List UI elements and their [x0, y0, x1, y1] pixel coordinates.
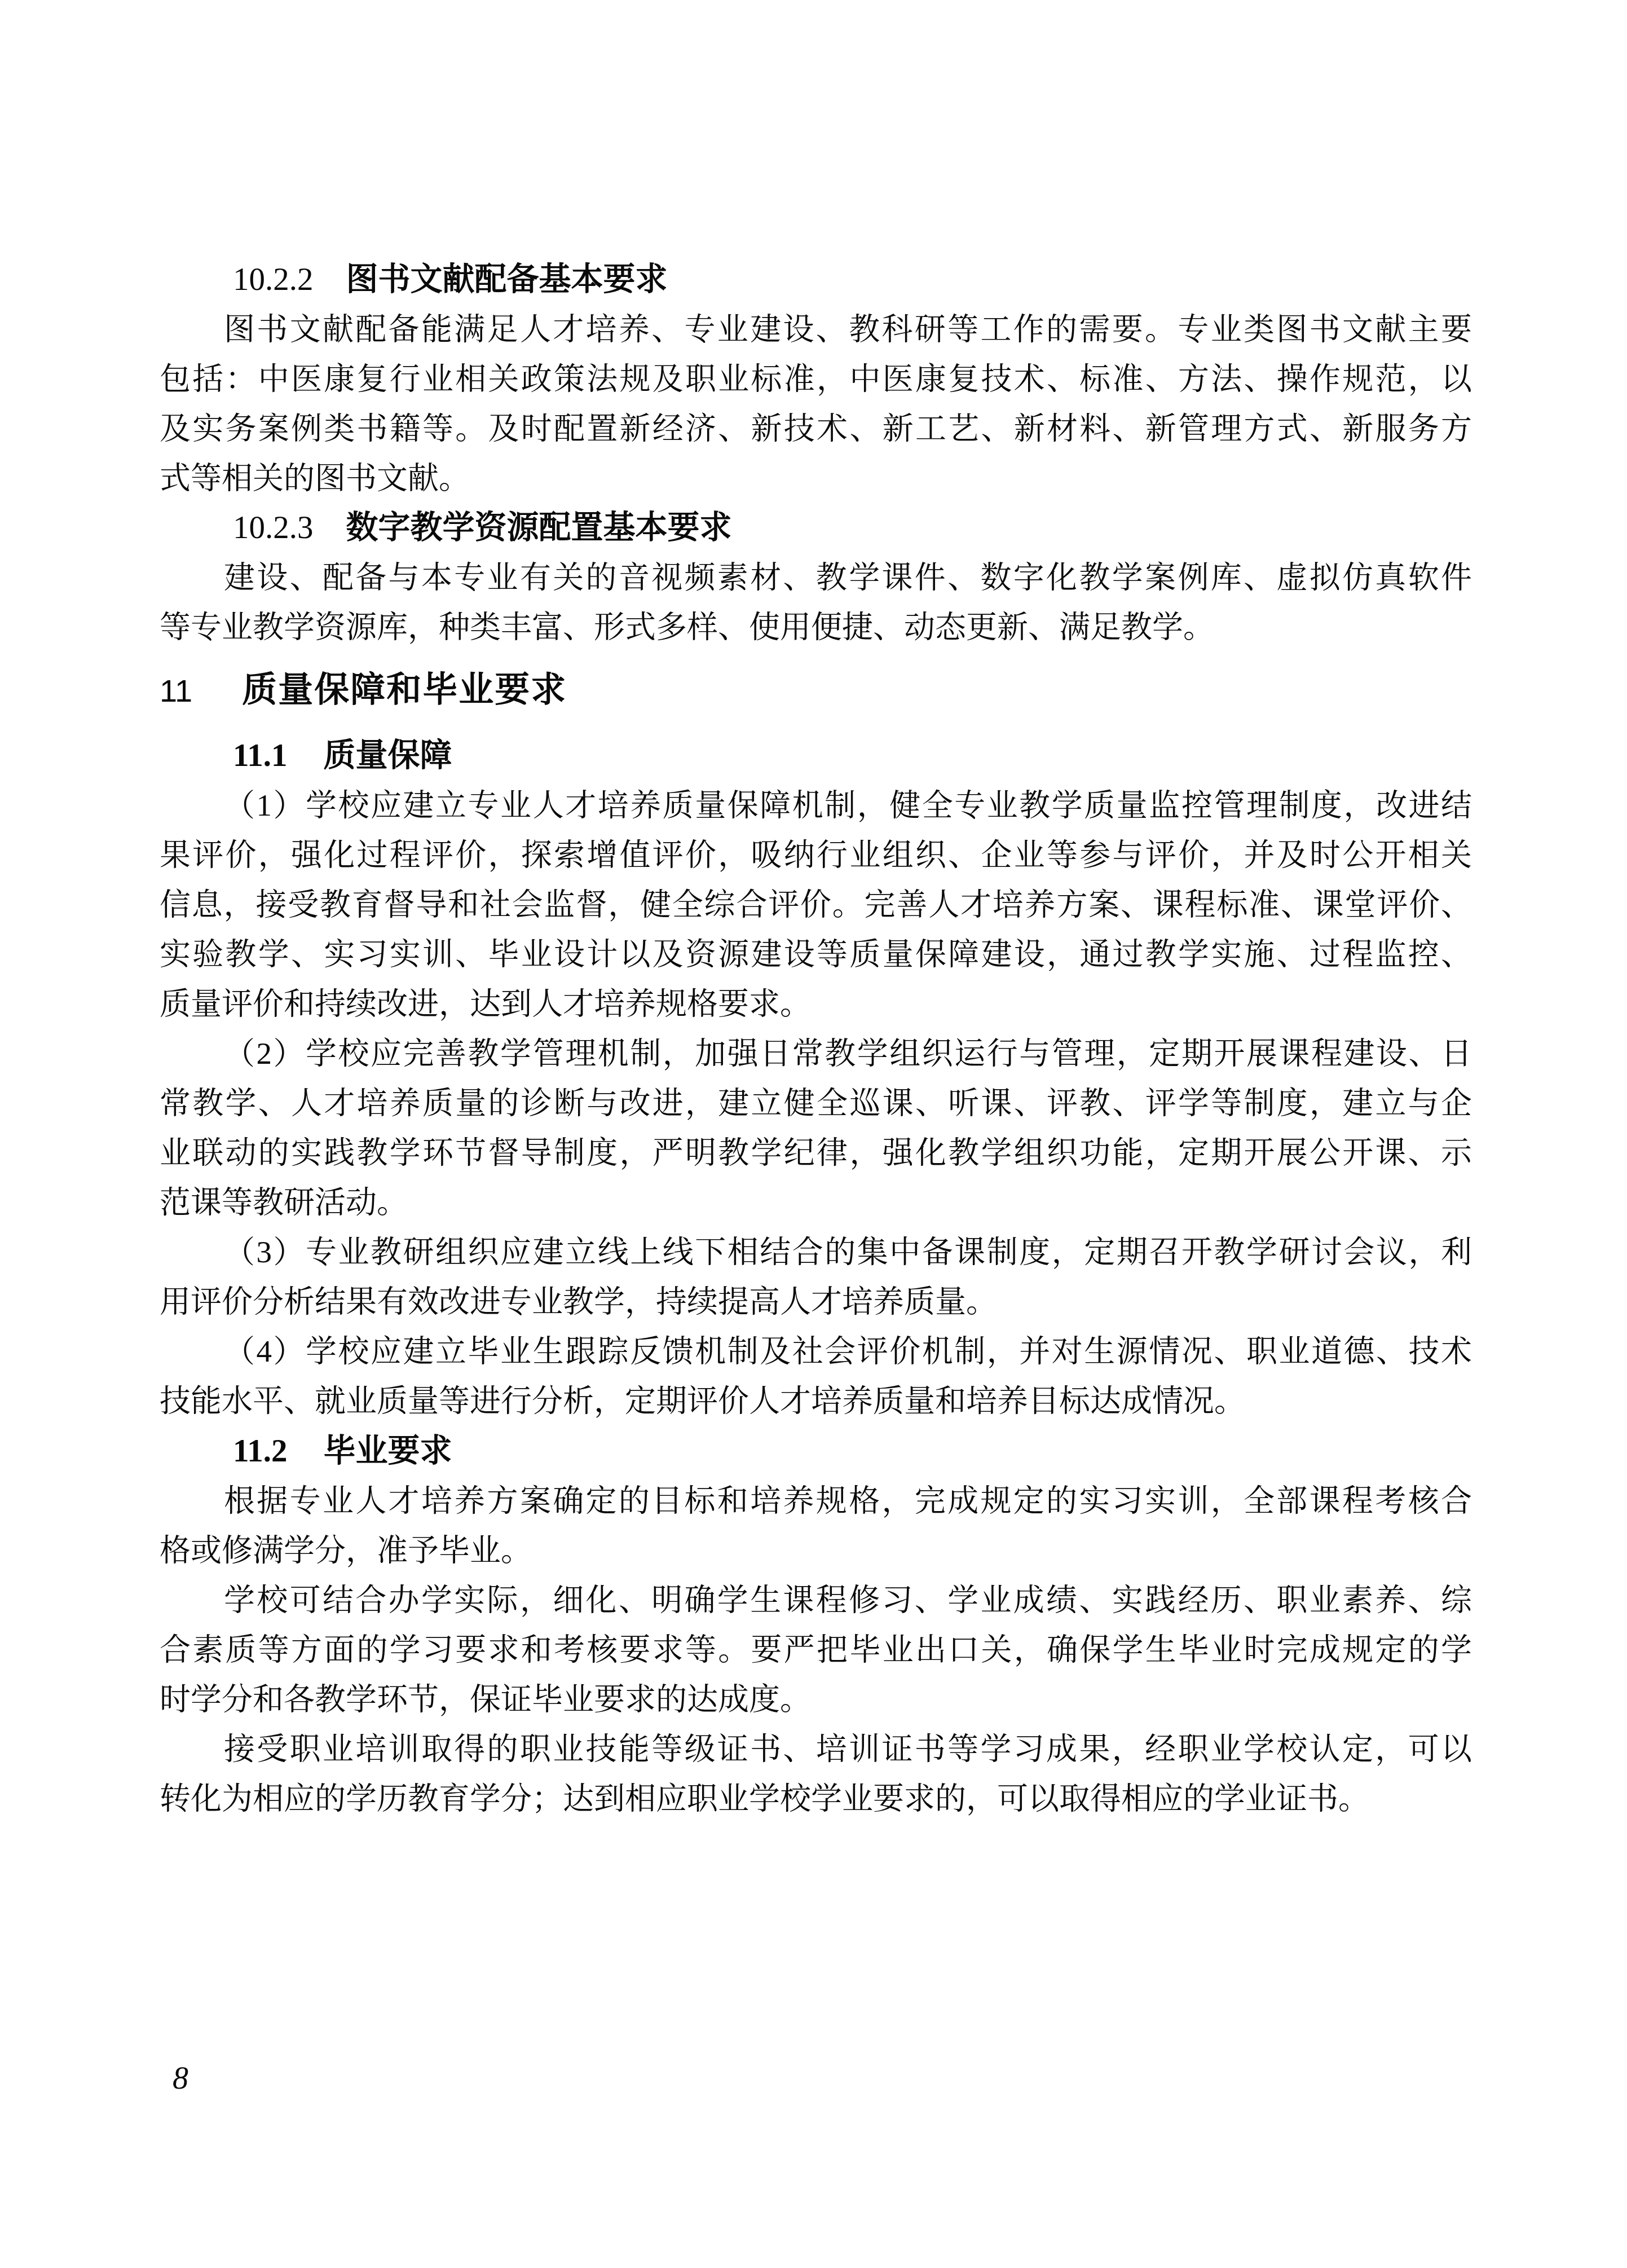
text-line: （4）学校应建立毕业生跟踪反馈机制及社会评价机制，并对生源情况、职业道德、技术: [160, 1327, 1472, 1376]
text-line: （2）学校应完善教学管理机制，加强日常教学组织运行与管理，定期开展课程建设、日: [160, 1029, 1472, 1078]
text-line: 业联动的实践教学环节督导制度，严明教学纪律，强化教学组织功能，定期开展公开课、示: [160, 1128, 1472, 1178]
paragraph-graduation-2: 学校可结合办学实际，细化、明确学生课程修习、学业成绩、实践经历、职业素养、综 合…: [160, 1575, 1472, 1724]
text-line: 信息，接受教育督导和社会监督，健全综合评价。完善人才培养方案、课程标准、课堂评价…: [160, 880, 1472, 930]
paragraph-graduation-3: 接受职业培训取得的职业技能等级证书、培训证书等学习成果，经职业学校认定，可以 转…: [160, 1724, 1472, 1824]
text-line: 包括：中医康复行业相关政策法规及职业标准，中医康复技术、标准、方法、操作规范，以: [160, 354, 1472, 404]
text-line: 接受职业培训取得的职业技能等级证书、培训证书等学习成果，经职业学校认定，可以: [160, 1724, 1472, 1774]
paragraph-quality-1: （1）学校应建立专业人才培养质量保障机制，健全专业教学质量监控管理制度，改进结 …: [160, 781, 1472, 1029]
text-line: 质量评价和持续改进，达到人才培养规格要求。: [160, 979, 1472, 1029]
paragraph-digital-resources: 建设、配备与本专业有关的音视频素材、教学课件、数字化教学案例库、虚拟仿真软件 等…: [160, 553, 1472, 652]
section-number: 10.2.2: [233, 262, 314, 297]
text-line: 式等相关的图书文献。: [160, 453, 1472, 503]
section-heading-11-2: 11.2毕业要求: [160, 1426, 1472, 1476]
section-heading-10-2-2: 10.2.2图书文献配备基本要求: [160, 255, 1472, 305]
text-line: 技能水平、就业质量等进行分析，定期评价人才培养质量和培养目标达成情况。: [160, 1376, 1472, 1426]
document-page: 10.2.2图书文献配备基本要求 图书文献配备能满足人才培养、专业建设、教科研等…: [0, 0, 1627, 2268]
paragraph-graduation-1: 根据专业人才培养方案确定的目标和培养规格，完成规定的实习实训，全部课程考核合 格…: [160, 1476, 1472, 1575]
text-line: 果评价，强化过程评价，探索增值评价，吸纳行业组织、企业等参与评价，并及时公开相关: [160, 830, 1472, 880]
text-line: 等专业教学资源库，种类丰富、形式多样、使用便捷、动态更新、满足教学。: [160, 602, 1472, 652]
text-line: 转化为相应的学历教育学分；达到相应职业学校学业要求的，可以取得相应的学业证书。: [160, 1774, 1472, 1824]
section-title: 质量保障: [324, 737, 452, 773]
text-line: 合素质等方面的学习要求和考核要求等。要严把毕业出口关，确保学生毕业时完成规定的学: [160, 1625, 1472, 1675]
text-line: 范课等教研活动。: [160, 1178, 1472, 1227]
chapter-number: 11: [160, 673, 192, 708]
paragraph-library-resources: 图书文献配备能满足人才培养、专业建设、教科研等工作的需要。专业类图书文献主要 包…: [160, 305, 1472, 503]
chapter-heading-11: 11质量保障和毕业要求: [160, 666, 1472, 716]
text-line: 时学分和各教学环节，保证毕业要求的达成度。: [160, 1675, 1472, 1724]
text-line: 常教学、人才培养质量的诊断与改进，建立健全巡课、听课、评教、评学等制度，建立与企: [160, 1078, 1472, 1128]
chapter-title: 质量保障和毕业要求: [242, 671, 567, 710]
text-line: （1）学校应建立专业人才培养质量保障机制，健全专业教学质量监控管理制度，改进结: [160, 781, 1472, 830]
text-line: 及实务案例类书籍等。及时配置新经济、新技术、新工艺、新材料、新管理方式、新服务方: [160, 404, 1472, 453]
section-heading-11-1: 11.1质量保障: [160, 730, 1472, 781]
text-line: （3）专业教研组织应建立线上线下相结合的集中备课制度，定期召开教学研讨会议，利: [160, 1227, 1472, 1277]
section-title: 毕业要求: [324, 1433, 452, 1469]
text-line: 学校可结合办学实际，细化、明确学生课程修习、学业成绩、实践经历、职业素养、综: [160, 1575, 1472, 1625]
text-line: 根据专业人才培养方案确定的目标和培养规格，完成规定的实习实训，全部课程考核合: [160, 1476, 1472, 1526]
text-line: 用评价分析结果有效改进专业教学，持续提高人才培养质量。: [160, 1277, 1472, 1327]
section-title: 图书文献配备基本要求: [346, 262, 668, 297]
section-number: 11.1: [233, 738, 288, 773]
page-number: 8: [173, 2062, 188, 2095]
section-heading-10-2-3: 10.2.3数字教学资源配置基本要求: [160, 503, 1472, 553]
text-line: 实验教学、实习实训、毕业设计以及资源建设等质量保障建设，通过教学实施、过程监控、: [160, 930, 1472, 979]
paragraph-quality-2: （2）学校应完善教学管理机制，加强日常教学组织运行与管理，定期开展课程建设、日 …: [160, 1029, 1472, 1227]
section-title: 数字教学资源配置基本要求: [346, 510, 732, 545]
paragraph-quality-4: （4）学校应建立毕业生跟踪反馈机制及社会评价机制，并对生源情况、职业道德、技术 …: [160, 1327, 1472, 1426]
section-number: 10.2.3: [233, 510, 314, 545]
section-number: 11.2: [233, 1433, 288, 1469]
paragraph-quality-3: （3）专业教研组织应建立线上线下相结合的集中备课制度，定期召开教学研讨会议，利 …: [160, 1227, 1472, 1327]
text-line: 格或修满学分，准予毕业。: [160, 1526, 1472, 1575]
page-content: 10.2.2图书文献配备基本要求 图书文献配备能满足人才培养、专业建设、教科研等…: [160, 255, 1472, 1824]
text-line: 图书文献配备能满足人才培养、专业建设、教科研等工作的需要。专业类图书文献主要: [160, 305, 1472, 354]
text-line: 建设、配备与本专业有关的音视频素材、教学课件、数字化教学案例库、虚拟仿真软件: [160, 553, 1472, 602]
